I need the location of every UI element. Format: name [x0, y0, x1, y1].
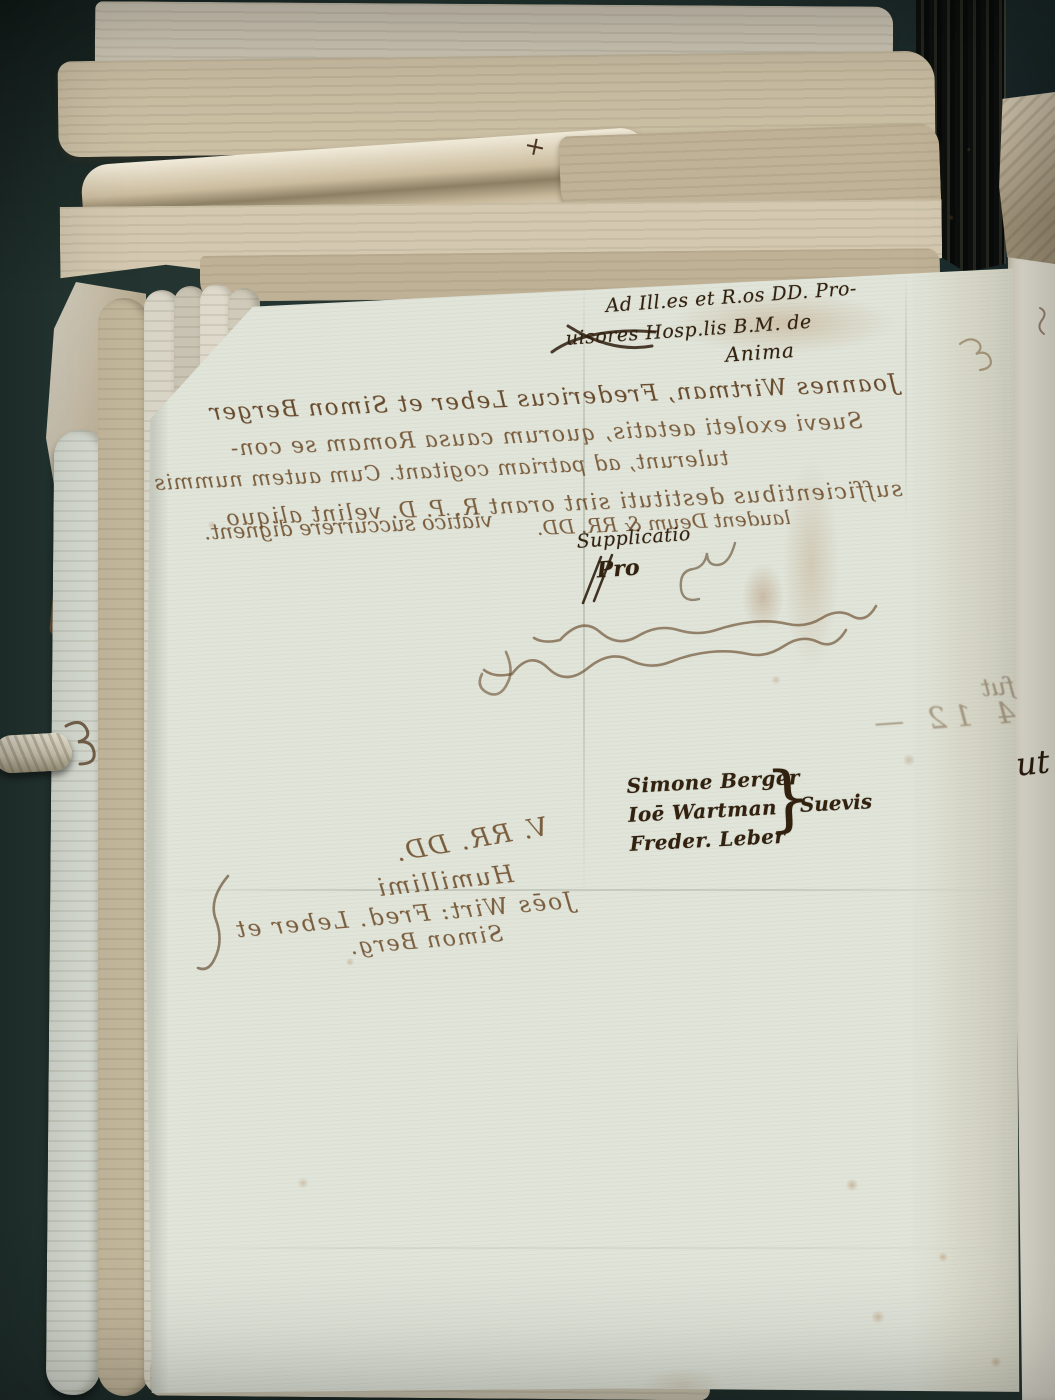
petitioner-origin: Suevis: [799, 789, 872, 817]
next-page-marginal-text: ut: [1014, 742, 1051, 783]
petitioners-block: Simone Berger Ioē Wartman Freder. Leber …: [626, 754, 1011, 884]
archive-manuscript-photo: + Ad Ill.es et R.os DD. Pro- uisores Hos…: [0, 0, 1055, 1400]
page-crease-vertical: [905, 271, 907, 521]
docket-block: Supplicatio Pro: [560, 523, 694, 586]
page-crease-horizontal: [153, 1247, 1008, 1249]
page-edge-strip: [98, 298, 150, 1396]
bundle-tie-string: [0, 732, 73, 774]
next-page-curled-corner: [998, 92, 1055, 264]
page-crease-horizontal: [149, 889, 1015, 891]
